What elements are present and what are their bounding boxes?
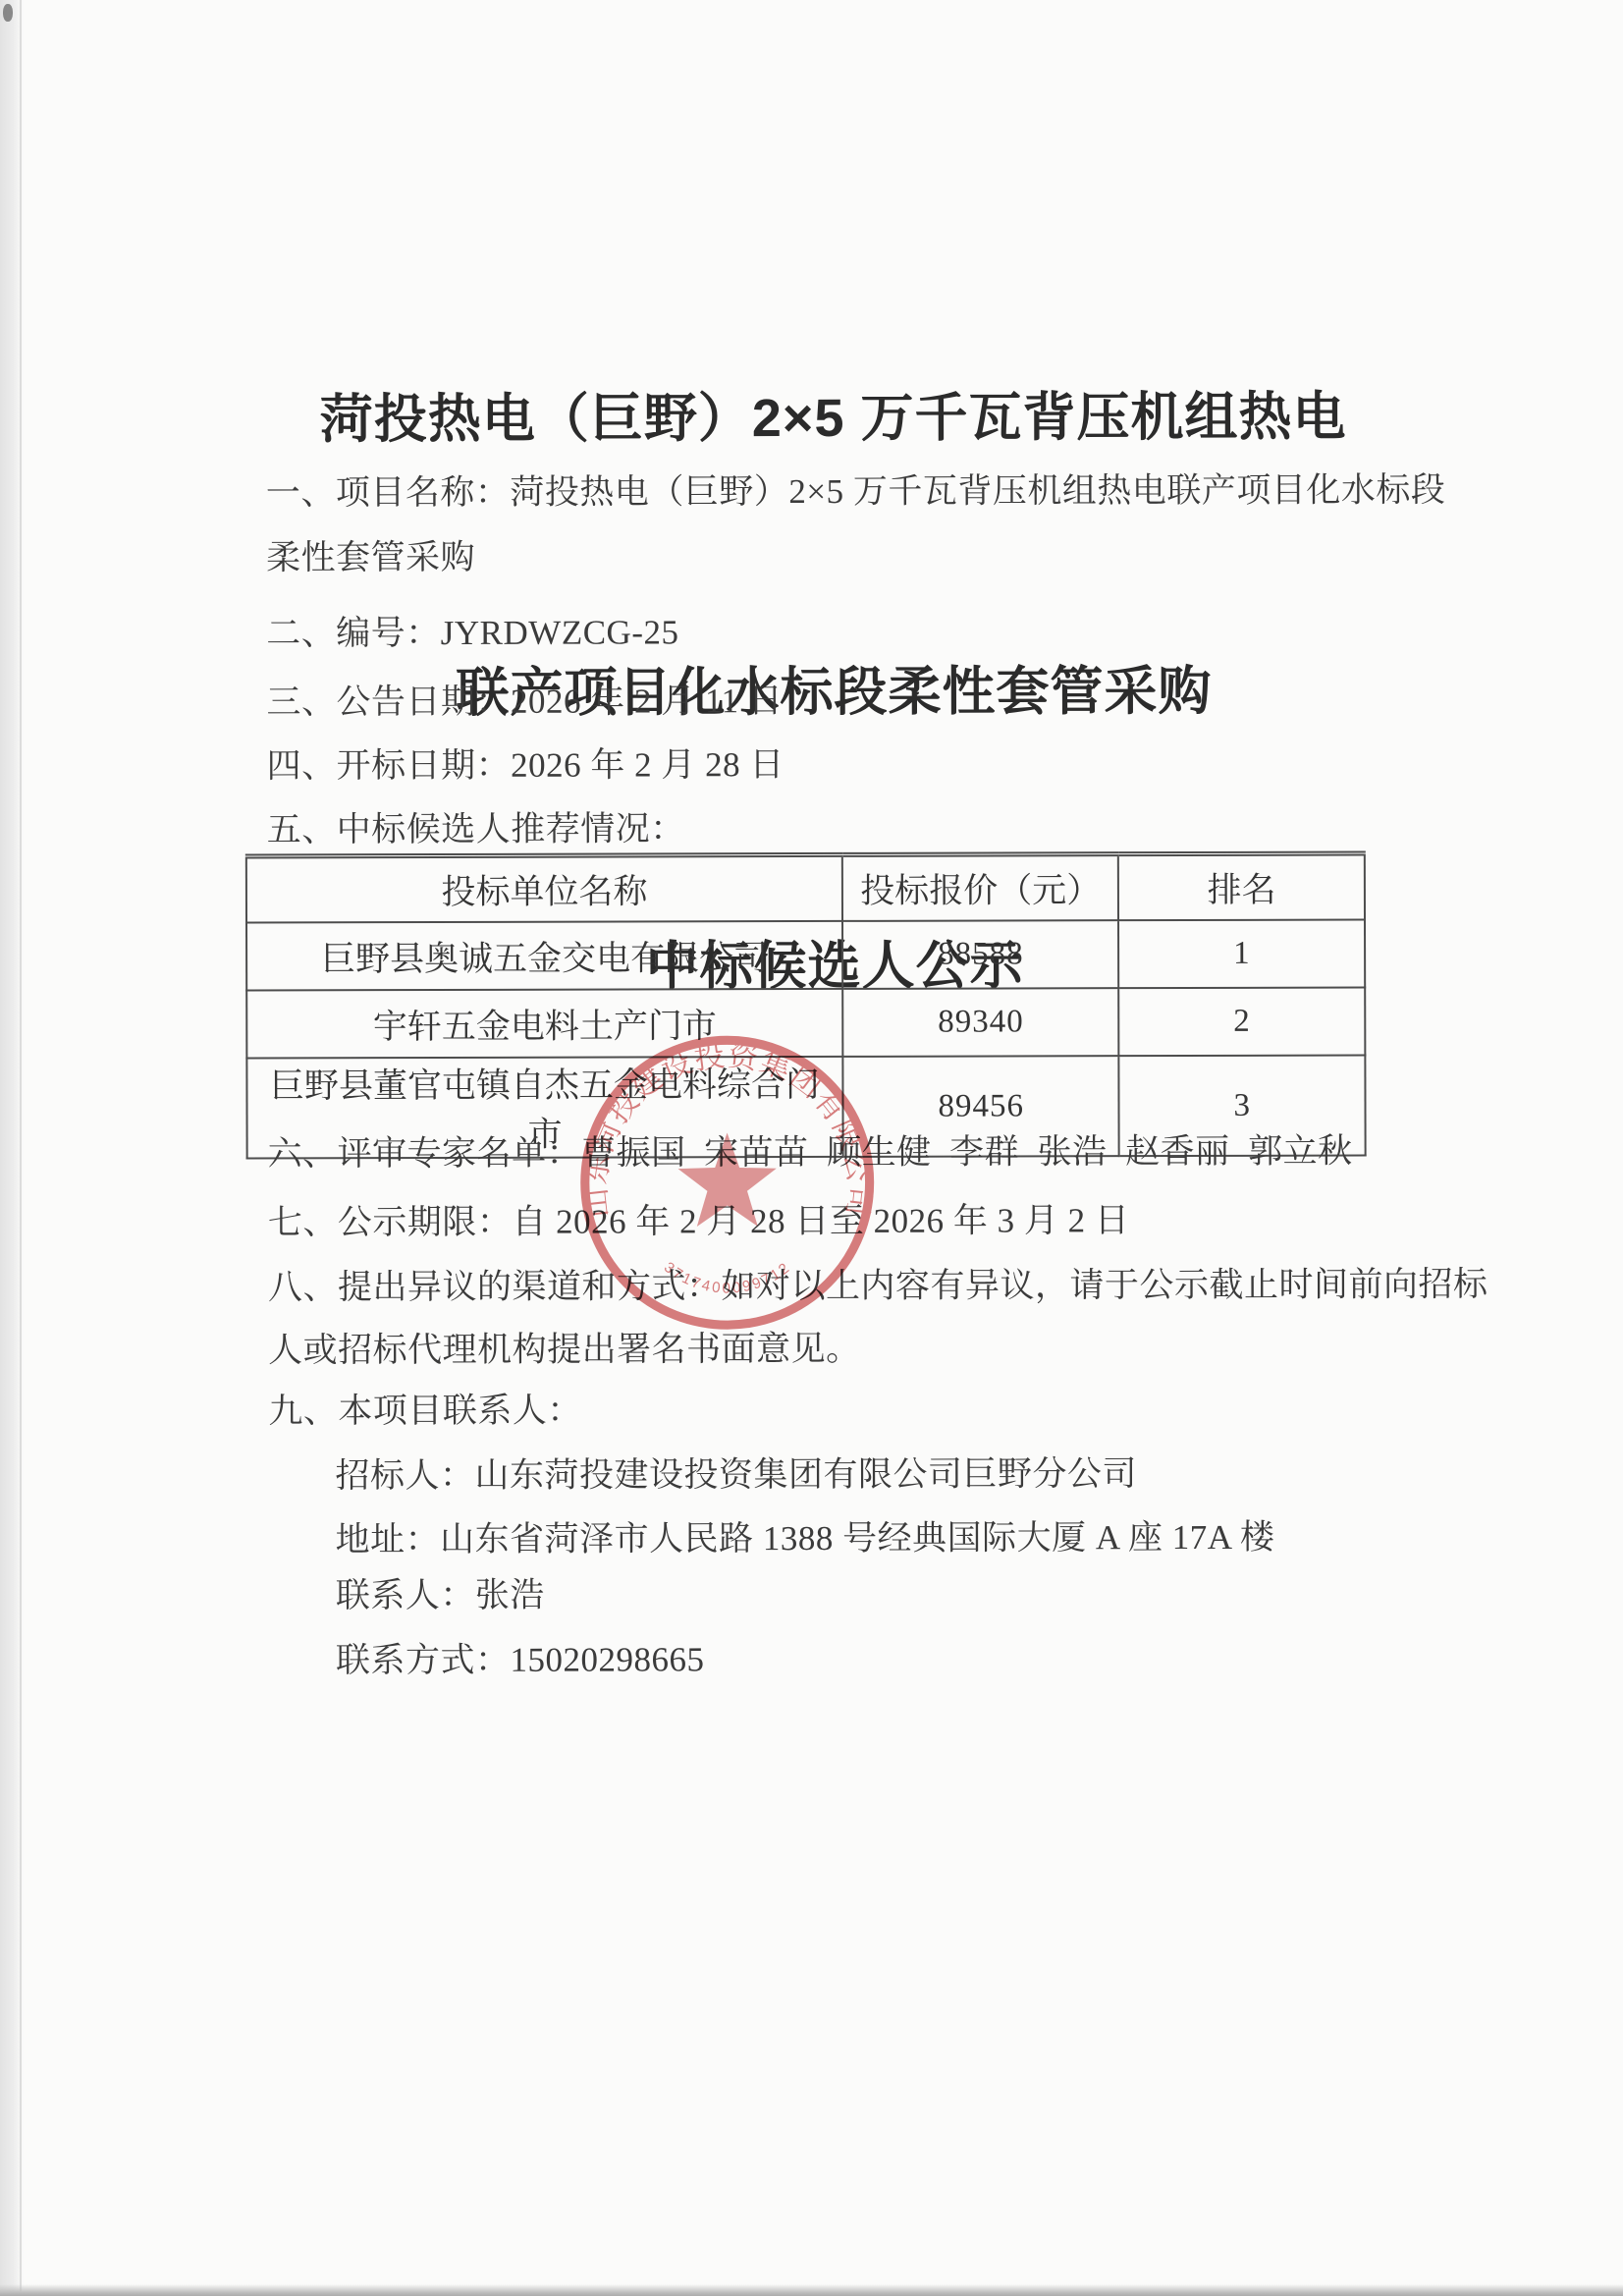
table-row: 巨野县奥诚五金交电有限公司 88588 1 <box>246 920 1365 991</box>
section-5-candidates-heading: 五、中标候选人推荐情况： <box>267 807 685 851</box>
section-6-experts: 六、评审专家名单：曹振国 宋苗苗 顾生健 李群 张浩 赵香丽 郭立秋 <box>268 1130 1353 1176</box>
bid-rank: 1 <box>1118 920 1365 989</box>
scanned-document-page: 菏投热电（巨野）2×5 万千瓦背压机组热电 联产项目化水标段柔性套管采购 中标候… <box>0 0 1623 2296</box>
section-2-number: 二、编号：JYRDWZCG-25 <box>266 611 678 655</box>
section-3-announce-date: 三、公告日期：2026 年 2 月 11 日 <box>266 680 783 724</box>
col-header-bid-price: 投标报价（元） <box>842 854 1119 921</box>
col-header-rank: 排名 <box>1118 853 1365 920</box>
bidder-name: 宇轩五金电料土产门市 <box>246 989 842 1059</box>
section-7-publicity-period: 七、公示期限：自 2026 年 2 月 28 日至 2026 年 3 月 2 日 <box>268 1199 1130 1244</box>
section-4-open-date: 四、开标日期：2026 年 2 月 28 日 <box>267 743 784 788</box>
table-row: 宇轩五金电料土产门市 89340 2 <box>246 988 1365 1059</box>
title-line-1: 菏投热电（巨野）2×5 万千瓦背压机组热电 <box>78 371 1590 466</box>
contact-person: 联系人：张浩 <box>336 1574 545 1618</box>
contact-phone: 联系方式：15020298665 <box>336 1638 705 1682</box>
section-1-project-name: 一、项目名称：菏投热电（巨野）2×5 万千瓦背压机组热电联产项目化水标段 <box>266 468 1446 515</box>
bid-price: 88588 <box>842 920 1119 989</box>
bid-price: 89340 <box>842 988 1119 1057</box>
bidder-name: 巨野县奥诚五金交电有限公司 <box>246 921 842 991</box>
section-8-objection-channel-wrap: 人或招标代理机构提出署名书面意见。 <box>268 1328 861 1373</box>
section-1-project-name-wrap: 柔性套管采购 <box>266 536 475 580</box>
document-content: 菏投热电（巨野）2×5 万千瓦背压机组热电 联产项目化水标段柔性套管采购 中标候… <box>0 0 1623 2296</box>
col-header-bidder-name: 投标单位名称 <box>246 854 842 922</box>
contact-address: 地址：山东省菏泽市人民路 1388 号经典国际大厦 A 座 17A 楼 <box>336 1516 1275 1562</box>
bid-candidates-table: 投标单位名称 投标报价（元） 排名 巨野县奥诚五金交电有限公司 88588 1 … <box>245 851 1367 1160</box>
table-header-row: 投标单位名称 投标报价（元） 排名 <box>246 853 1365 922</box>
bid-rank: 2 <box>1119 988 1366 1057</box>
section-9-contacts-heading: 九、本项目联系人： <box>268 1390 582 1434</box>
contact-bidder: 招标人：山东菏投建设投资集团有限公司巨野分公司 <box>335 1452 1137 1498</box>
section-8-objection-channel: 八、提出异议的渠道和方式：如对以上内容有异议，请于公示截止时间前向招标 <box>268 1263 1488 1309</box>
